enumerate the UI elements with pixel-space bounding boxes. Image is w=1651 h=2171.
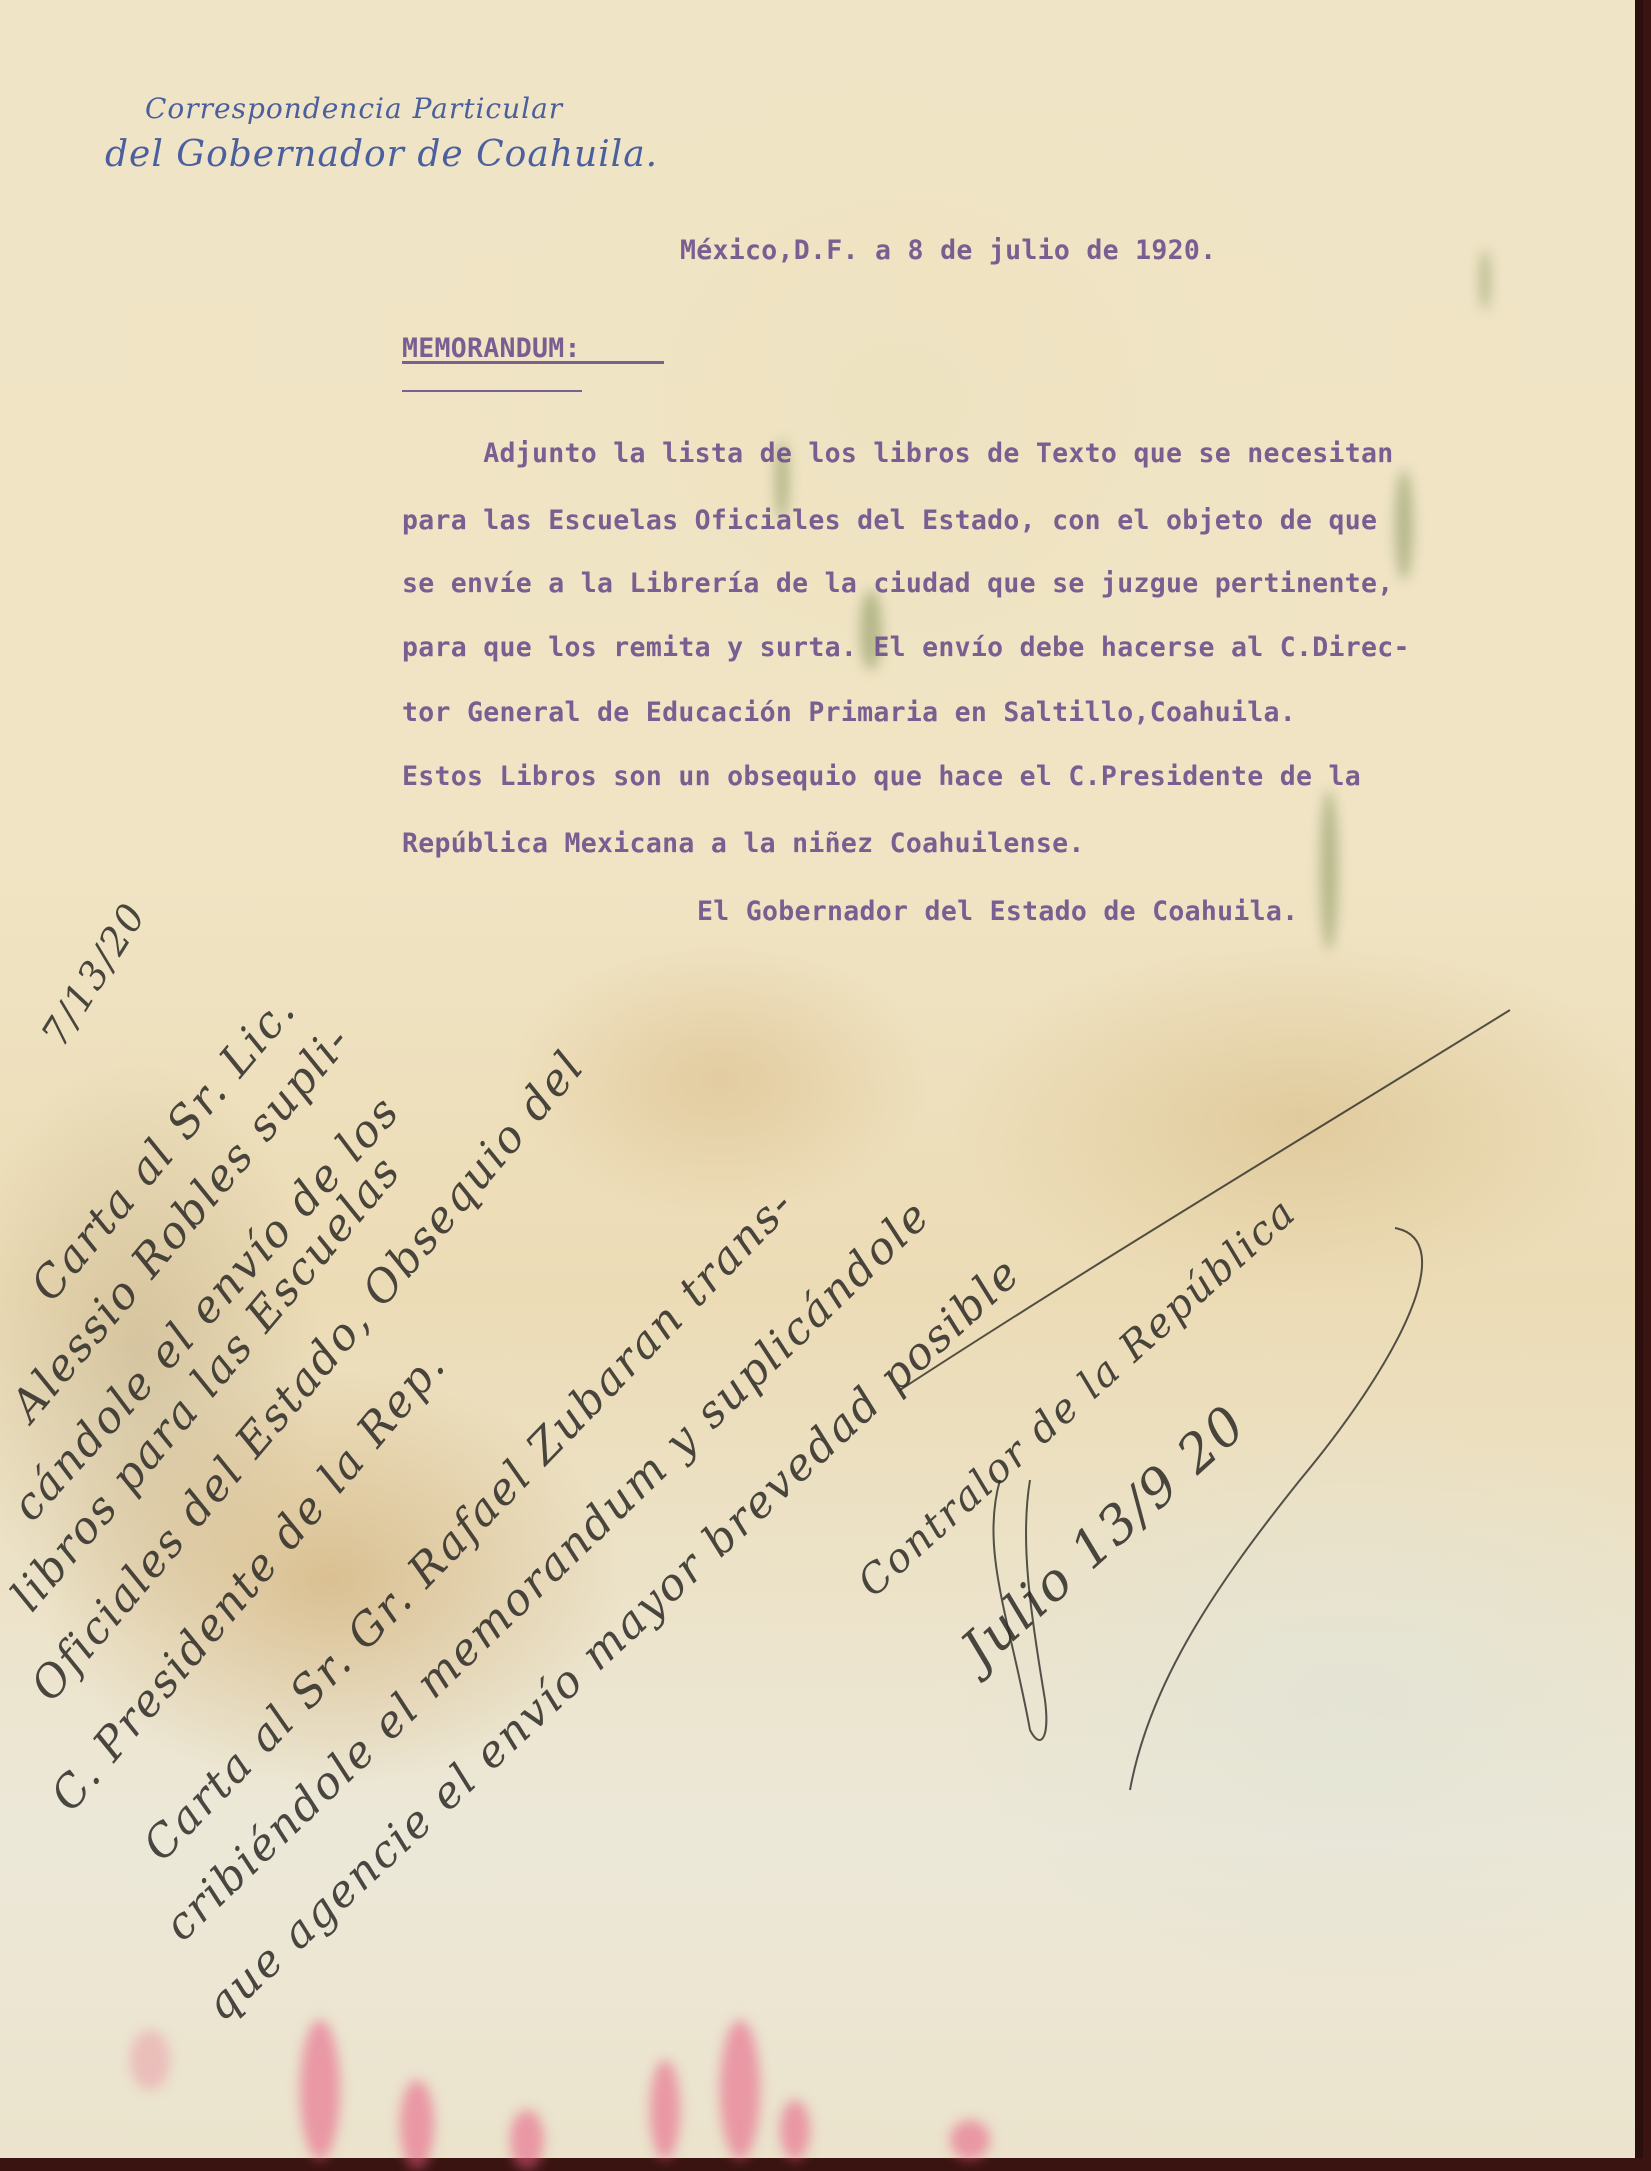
document-page: Correspondencia Particular del Gobernado…	[0, 0, 1643, 2158]
signature-flourish	[0, 0, 1643, 2158]
scan-edge	[1635, 0, 1643, 2158]
